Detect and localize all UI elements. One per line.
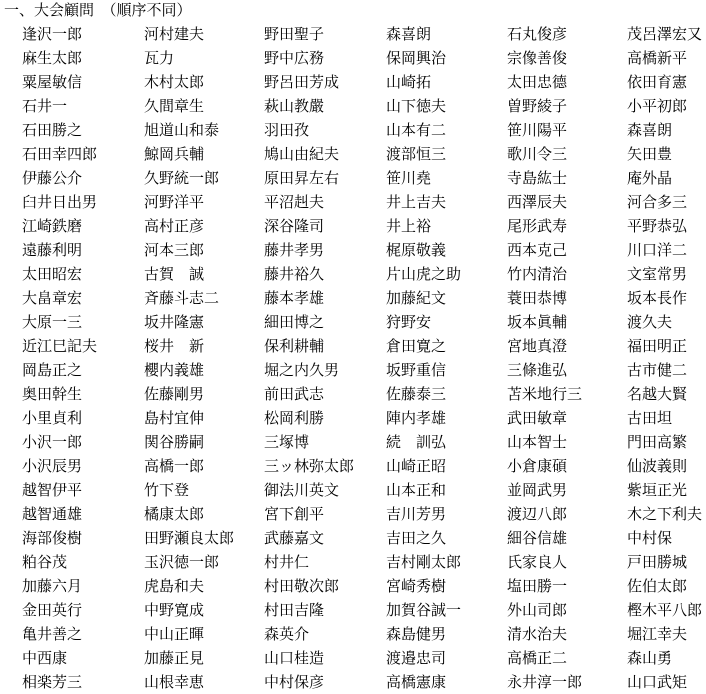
advisor-name: 吉川芳男 — [386, 505, 507, 529]
advisor-name: 近江巳記夫 — [22, 337, 144, 361]
advisor-name: 粕谷茂 — [22, 553, 144, 577]
advisor-name: 羽田孜 — [264, 121, 386, 145]
section-heading: 一、大会顧問 （順序不同） — [4, 1, 192, 19]
advisor-name: 森英介 — [264, 625, 386, 649]
advisor-name: 大畠章宏 — [22, 289, 144, 313]
advisor-name: 塩田勝一 — [507, 577, 627, 601]
advisor-name: 森喜朗 — [627, 121, 706, 145]
advisor-name: 川口洋二 — [627, 241, 706, 265]
advisor-name: 古田坦 — [627, 409, 706, 433]
advisor-name: 麻生太郎 — [22, 49, 144, 73]
advisor-name: 吉田之久 — [386, 529, 507, 553]
advisor-name: 小里貞利 — [22, 409, 144, 433]
advisor-name: 陣内孝雄 — [386, 409, 507, 433]
advisor-name: 石田幸四郎 — [22, 145, 144, 169]
advisor-name: 山本有二 — [386, 121, 507, 145]
advisor-name: 坂井隆憲 — [144, 313, 264, 337]
advisor-name: 加藤紀文 — [386, 289, 507, 313]
advisor-name: 名越大賢 — [627, 385, 706, 409]
advisor-name: 山口桂造 — [264, 649, 386, 673]
advisor-name: 西本克己 — [507, 241, 627, 265]
advisor-name: 野田聖子 — [264, 25, 386, 49]
advisor-name: 平野恭弘 — [627, 217, 706, 241]
advisor-name: 河本三郎 — [144, 241, 264, 265]
advisor-name: 山本正和 — [386, 481, 507, 505]
advisor-name: 中西康 — [22, 649, 144, 673]
advisor-name: 橘康太郎 — [144, 505, 264, 529]
advisor-name: 瓦力 — [144, 49, 264, 73]
advisor-name: 鳩山由紀夫 — [264, 145, 386, 169]
advisor-name-grid: 逢沢一郎河村建夫野田聖子森喜朗石丸俊彦茂呂澤宏又麻生太郎瓦力野中広務保岡興治宗像… — [22, 25, 706, 694]
advisor-name: 茂呂澤宏又 — [627, 25, 706, 49]
advisor-name: 中村保 — [627, 529, 706, 553]
advisor-name: 村田吉隆 — [264, 601, 386, 625]
advisor-name: 中村保彦 — [264, 673, 386, 694]
advisor-name: 櫻内義雄 — [144, 361, 264, 385]
advisor-name: 遠藤利明 — [22, 241, 144, 265]
advisor-name: 高橋新平 — [627, 49, 706, 73]
advisor-name: 山下徳夫 — [386, 97, 507, 121]
advisor-name: 山崎正昭 — [386, 457, 507, 481]
advisor-name: 江崎鉄磨 — [22, 217, 144, 241]
advisor-name: 坂本眞輔 — [507, 313, 627, 337]
advisor-name: 島村宜伸 — [144, 409, 264, 433]
advisor-name: 久間章生 — [144, 97, 264, 121]
advisor-name: 古市健二 — [627, 361, 706, 385]
advisor-name: 古賀 誠 — [144, 265, 264, 289]
advisor-name: 小倉康碩 — [507, 457, 627, 481]
advisor-name: 笹川堯 — [386, 169, 507, 193]
advisor-name: 並岡武男 — [507, 481, 627, 505]
advisor-name: 保利耕輔 — [264, 337, 386, 361]
advisor-name: 細田博之 — [264, 313, 386, 337]
advisor-name: 前田武志 — [264, 385, 386, 409]
advisor-name: 樫木平八郎 — [627, 601, 706, 625]
advisor-name: 粟屋敏信 — [22, 73, 144, 97]
advisor-name: 村井仁 — [264, 553, 386, 577]
advisor-name: 大原一三 — [22, 313, 144, 337]
advisor-name: 三條進弘 — [507, 361, 627, 385]
advisor-name: 宗像善俊 — [507, 49, 627, 73]
advisor-name: 山本智士 — [507, 433, 627, 457]
advisor-name: 細谷信雄 — [507, 529, 627, 553]
advisor-name: 森山勇 — [627, 649, 706, 673]
advisor-name: 福田明正 — [627, 337, 706, 361]
advisor-name: 斉藤斗志二 — [144, 289, 264, 313]
advisor-name: 竹内清治 — [507, 265, 627, 289]
advisor-name: 笹川陽平 — [507, 121, 627, 145]
advisor-name: 石田勝之 — [22, 121, 144, 145]
advisor-name: 渡久夫 — [627, 313, 706, 337]
advisor-name: 倉田寛之 — [386, 337, 507, 361]
advisor-name: 加藤六月 — [22, 577, 144, 601]
advisor-name: 河野洋平 — [144, 193, 264, 217]
advisor-name: 河合多三 — [627, 193, 706, 217]
advisor-name: 藤井裕久 — [264, 265, 386, 289]
advisor-name: 苫米地行三 — [507, 385, 627, 409]
advisor-name: 堀江幸夫 — [627, 625, 706, 649]
advisor-name: 藤井孝男 — [264, 241, 386, 265]
advisor-name: 宮崎秀樹 — [386, 577, 507, 601]
advisor-name: 片山虎之助 — [386, 265, 507, 289]
advisor-name: 御法川英文 — [264, 481, 386, 505]
advisor-name: 山根幸恵 — [144, 673, 264, 694]
advisor-name: 氏家良人 — [507, 553, 627, 577]
advisor-name: 田野瀬良太郎 — [144, 529, 264, 553]
advisor-name: 庵外晶 — [627, 169, 706, 193]
advisor-name: 武藤嘉文 — [264, 529, 386, 553]
advisor-name: 野呂田芳成 — [264, 73, 386, 97]
advisor-name: 高橋憲康 — [386, 673, 507, 694]
advisor-name: 歌川令三 — [507, 145, 627, 169]
advisor-name: 小平初郎 — [627, 97, 706, 121]
advisor-name: 奥田幹生 — [22, 385, 144, 409]
advisor-name: 河村建夫 — [144, 25, 264, 49]
advisor-name: 佐伯太郎 — [627, 577, 706, 601]
advisor-name: 戸田勝城 — [627, 553, 706, 577]
advisor-name: 鯨岡兵輔 — [144, 145, 264, 169]
advisor-name: 石井一 — [22, 97, 144, 121]
advisor-name: 逢沢一郎 — [22, 25, 144, 49]
advisor-name: 岡島正之 — [22, 361, 144, 385]
advisor-name: 太田忠德 — [507, 73, 627, 97]
advisor-name: 門田高繁 — [627, 433, 706, 457]
advisor-name: 中野寛成 — [144, 601, 264, 625]
advisor-name: 佐藤剛男 — [144, 385, 264, 409]
advisor-name: 森島健男 — [386, 625, 507, 649]
advisor-name: 久野統一郎 — [144, 169, 264, 193]
advisor-name: 加賀谷誠一 — [386, 601, 507, 625]
advisor-name: 海部俊樹 — [22, 529, 144, 553]
advisor-name: 村田敬次郎 — [264, 577, 386, 601]
advisor-name: 吉村剛太郎 — [386, 553, 507, 577]
advisor-name: 小沢辰男 — [22, 457, 144, 481]
advisor-name: 坂本長作 — [627, 289, 706, 313]
advisor-name: 旭道山和泰 — [144, 121, 264, 145]
advisor-name: 坂野重信 — [386, 361, 507, 385]
advisor-name: 依田育憲 — [627, 73, 706, 97]
advisor-name: 石丸俊彦 — [507, 25, 627, 49]
advisor-name: 加藤正見 — [144, 649, 264, 673]
advisor-name: 狩野安 — [386, 313, 507, 337]
advisor-name: 渡邉忠司 — [386, 649, 507, 673]
advisor-name: 金田英行 — [22, 601, 144, 625]
advisor-name: 原田昇左右 — [264, 169, 386, 193]
advisor-name: 太田昭宏 — [22, 265, 144, 289]
advisor-name: 伊藤公介 — [22, 169, 144, 193]
advisor-name: 木村太郎 — [144, 73, 264, 97]
advisor-name: 臼井日出男 — [22, 193, 144, 217]
advisor-name: 相楽芳三 — [22, 673, 144, 694]
advisor-name: 玉沢徳一郎 — [144, 553, 264, 577]
advisor-name: 保岡興治 — [386, 49, 507, 73]
advisor-name: 三ッ林弥太郎 — [264, 457, 386, 481]
advisor-name: 渡部恒三 — [386, 145, 507, 169]
advisor-name: 竹下登 — [144, 481, 264, 505]
advisor-name: 曽野綾子 — [507, 97, 627, 121]
advisor-name: 萩山教嚴 — [264, 97, 386, 121]
advisor-name: 永井淳一郎 — [507, 673, 627, 694]
advisor-name: 井上裕 — [386, 217, 507, 241]
advisor-name: 尾形武寿 — [507, 217, 627, 241]
advisor-name: 越智通雄 — [22, 505, 144, 529]
advisor-name: 宮地真澄 — [507, 337, 627, 361]
advisor-name: 木之下利夫 — [627, 505, 706, 529]
advisor-name: 続 訓弘 — [386, 433, 507, 457]
advisor-name: 文室常男 — [627, 265, 706, 289]
advisor-name: 桜井 新 — [144, 337, 264, 361]
advisor-name: 高橋正二 — [507, 649, 627, 673]
advisor-name: 井上吉夫 — [386, 193, 507, 217]
advisor-name: 梶原敬義 — [386, 241, 507, 265]
advisor-name: 高村正彦 — [144, 217, 264, 241]
advisor-name: 三塚博 — [264, 433, 386, 457]
advisor-name: 高橋一郎 — [144, 457, 264, 481]
advisor-name: 関谷勝嗣 — [144, 433, 264, 457]
advisor-name: 外山司郎 — [507, 601, 627, 625]
advisor-name: 武田敏章 — [507, 409, 627, 433]
advisor-name: 松岡利勝 — [264, 409, 386, 433]
advisor-name: 蓑田恭博 — [507, 289, 627, 313]
advisor-name: 虎島和夫 — [144, 577, 264, 601]
advisor-name: 清水治夫 — [507, 625, 627, 649]
advisor-name: 西澤辰夫 — [507, 193, 627, 217]
advisor-name: 平沼赳夫 — [264, 193, 386, 217]
advisor-name: 矢田豊 — [627, 145, 706, 169]
advisor-name: 堀之内久男 — [264, 361, 386, 385]
advisor-name: 仙波義則 — [627, 457, 706, 481]
advisor-name: 深谷隆司 — [264, 217, 386, 241]
advisor-name: 越智伊平 — [22, 481, 144, 505]
advisor-name: 山崎拓 — [386, 73, 507, 97]
advisor-name: 藤本孝雄 — [264, 289, 386, 313]
advisor-name: 紫垣正光 — [627, 481, 706, 505]
advisor-name: 宮下創平 — [264, 505, 386, 529]
advisor-name: 中山正暉 — [144, 625, 264, 649]
advisor-name: 山口武矩 — [627, 673, 706, 694]
advisor-name: 渡辺八郎 — [507, 505, 627, 529]
advisor-name: 野中広務 — [264, 49, 386, 73]
advisor-name: 寺島紘士 — [507, 169, 627, 193]
advisor-name: 小沢一郎 — [22, 433, 144, 457]
advisor-name: 森喜朗 — [386, 25, 507, 49]
advisor-name: 亀井善之 — [22, 625, 144, 649]
advisor-name: 佐藤泰三 — [386, 385, 507, 409]
